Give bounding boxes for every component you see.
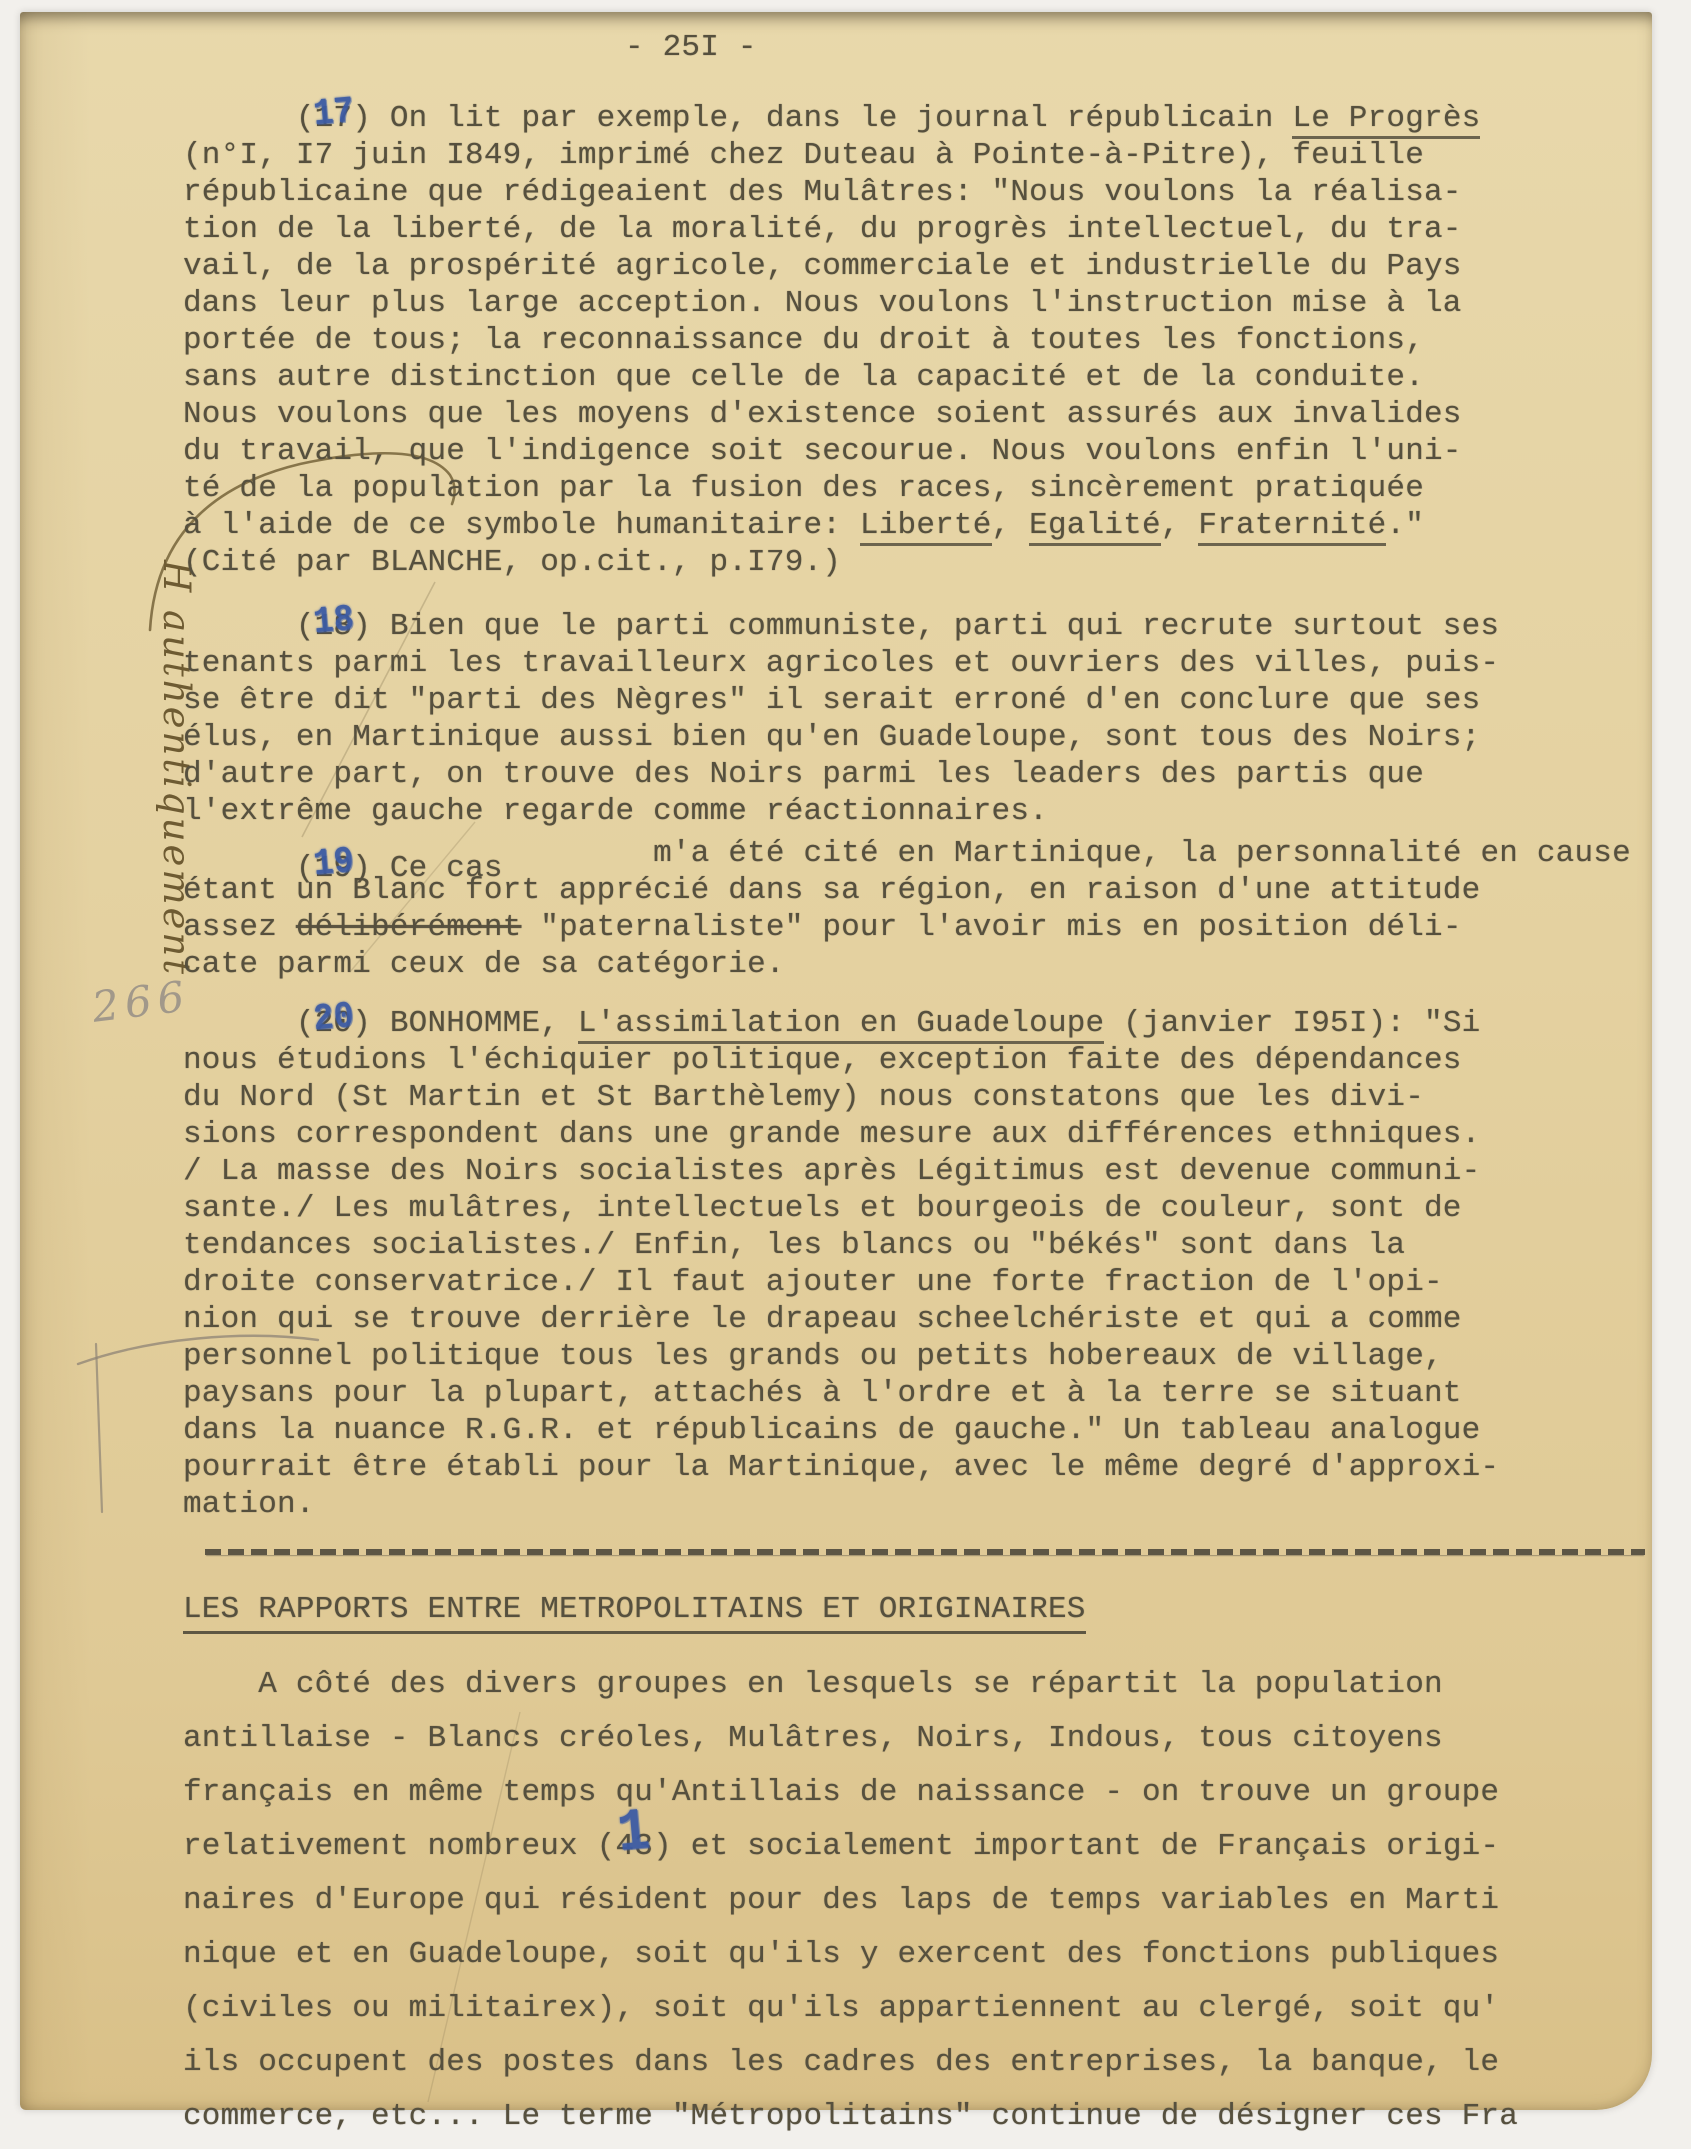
- typed-text: du travail, que l'indigence soit secouru…: [183, 434, 1462, 469]
- typed-text: .": [1386, 508, 1424, 543]
- typed-text: m'a été cité en Martinique, la personnal…: [503, 836, 1631, 871]
- typed-line: républicaine que rédigeaient des Mulâtre…: [183, 174, 1603, 211]
- typed-line: sans autre distinction que celle de la c…: [183, 359, 1603, 396]
- typed-text: assez: [183, 910, 296, 945]
- typed-text: naires d'Europe qui résident pour des la…: [183, 1883, 1499, 1918]
- typed-text: d'autre part, on trouve des Noirs parmi …: [183, 757, 1424, 792]
- typed-text: mation.: [183, 1487, 315, 1522]
- typed-text: personnel politique tous les grands ou p…: [183, 1339, 1443, 1374]
- typed-text: / La masse des Noirs socialistes après L…: [183, 1154, 1480, 1189]
- typed-text: (: [183, 101, 315, 136]
- typed-line: du Nord (St Martin et St Barthèlemy) nou…: [183, 1079, 1603, 1116]
- typed-text: délibérément: [296, 910, 522, 945]
- typed-text: (janvier I95I): "Si: [1104, 1006, 1480, 1041]
- typed-line: assez délibérément "paternaliste" pour l…: [183, 909, 1603, 946]
- typed-line: (2020) BONHOMME, L'assimilation en Guade…: [183, 1005, 1603, 1042]
- typed-text: français en même temps qu'Antillais de n…: [183, 1775, 1499, 1810]
- blue-ink-correction: 19: [311, 840, 355, 888]
- typed-text: élus, en Martinique aussi bien qu'en Gua…: [183, 720, 1480, 755]
- typed-text: tendances socialistes./ Enfin, les blanc…: [183, 1228, 1405, 1263]
- typed-text: nique et en Guadeloupe, soit qu'ils y ex…: [183, 1937, 1499, 1972]
- footnote-number-corrected: 1919: [315, 850, 353, 887]
- typed-text: Egalité: [1029, 508, 1161, 546]
- blue-ink-correction: 18: [311, 598, 355, 646]
- blue-ink-correction: 17: [311, 90, 355, 138]
- typed-line: / La masse des Noirs socialistes après L…: [183, 1153, 1603, 1190]
- typed-line: A côté des divers groupes en lesquels se…: [183, 1658, 1603, 1712]
- typed-text: ) On lit par exemple, dans le journal ré…: [352, 101, 1292, 136]
- typed-line: mation.: [183, 1486, 1603, 1523]
- typed-line: se être dit "parti des Nègres" il serait…: [183, 682, 1603, 719]
- typed-line: du travail, que l'indigence soit secouru…: [183, 433, 1603, 470]
- typed-line: vail, de la prospérité agricole, commerc…: [183, 248, 1603, 285]
- typed-text: (civiles ou militairex), soit qu'ils app…: [183, 1991, 1499, 2026]
- typed-text: ) Bien que le parti communiste, parti qu…: [352, 609, 1499, 644]
- section-heading-text: LES RAPPORTS ENTRE METROPOLITAINS ET ORI…: [183, 1592, 1086, 1634]
- typed-line: Nous voulons que les moyens d'existence …: [183, 396, 1603, 433]
- typed-text: Nous voulons que les moyens d'existence …: [183, 397, 1462, 432]
- footnote-18: (1818) Bien que le parti communiste, par…: [183, 608, 1603, 830]
- typed-line: français en même temps qu'Antillais de n…: [183, 1766, 1603, 1820]
- page-number: - 25I -: [625, 30, 925, 65]
- typed-text: droite conservatrice./ Il faut ajouter u…: [183, 1265, 1443, 1300]
- typed-line: (civiles ou militairex), soit qu'ils app…: [183, 1982, 1603, 2036]
- typed-text: commerce, etc... Le terme "Métropolitain…: [183, 2099, 1518, 2134]
- typed-text: ) Ce cas: [352, 850, 502, 887]
- footnote-number-corrected: 2020: [315, 1005, 353, 1042]
- typed-line: d'autre part, on trouve des Noirs parmi …: [183, 756, 1603, 793]
- typed-line: dans la nuance R.G.R. et républicains de…: [183, 1412, 1603, 1449]
- blue-ink-correction: 20: [311, 995, 355, 1043]
- typed-text: ) BONHOMME,: [352, 1006, 578, 1041]
- page-number-text: - 25I -: [625, 30, 757, 65]
- scanned-typescript-page: { "page": { "number_label": "- 25I -", "…: [0, 0, 1691, 2149]
- footnote-number-corrected: 431: [615, 1820, 653, 1874]
- typed-line: antillaise - Blancs créoles, Mulâtres, N…: [183, 1712, 1603, 1766]
- typed-line: (1818) Bien que le parti communiste, par…: [183, 608, 1603, 645]
- typed-line: tendances socialistes./ Enfin, les blanc…: [183, 1227, 1603, 1264]
- typed-text: ,: [992, 508, 1030, 543]
- typed-text: tenants parmi les travailleurx agricoles…: [183, 646, 1499, 681]
- typed-line: nion qui se trouve derrière le drapeau s…: [183, 1301, 1603, 1338]
- typed-text: du Nord (St Martin et St Barthèlemy) nou…: [183, 1080, 1424, 1115]
- typed-text: pourrait être établi pour la Martinique,…: [183, 1450, 1499, 1485]
- typed-text: Fraternité: [1198, 508, 1386, 546]
- typed-text: sante./ Les mulâtres, intellectuels et b…: [183, 1191, 1462, 1226]
- typed-text: paysans pour la plupart, attachés à l'or…: [183, 1376, 1462, 1411]
- typed-line: à l'aide de ce symbole humanitaire: Libe…: [183, 507, 1603, 544]
- typed-text: (: [183, 1006, 315, 1041]
- typed-line: nous étudions l'échiquier politique, exc…: [183, 1042, 1603, 1079]
- typed-line: paysans pour la plupart, attachés à l'or…: [183, 1375, 1603, 1412]
- typed-line: ils occupent des postes dans les cadres …: [183, 2036, 1603, 2090]
- typed-text: ils occupent des postes dans les cadres …: [183, 2045, 1499, 2080]
- typed-text: cate parmi ceux de sa catégorie.: [183, 947, 785, 982]
- typed-line: nique et en Guadeloupe, soit qu'ils y ex…: [183, 1928, 1603, 1982]
- typed-text: dans la nuance R.G.R. et républicains de…: [183, 1413, 1480, 1448]
- typed-text: portée de tous; la reconnaissance du dro…: [183, 323, 1424, 358]
- typed-line: pourrait être établi pour la Martinique,…: [183, 1449, 1603, 1486]
- typed-text: antillaise - Blancs créoles, Mulâtres, N…: [183, 1721, 1443, 1756]
- typed-line: relativement nombreux (431) et socialeme…: [183, 1820, 1603, 1874]
- pencil-bracket-side: [96, 1344, 102, 1512]
- typed-text: ) et socialement important de Français o…: [653, 1829, 1499, 1864]
- typed-text: Le Progrès: [1292, 101, 1480, 139]
- paper-sheet: H authentiquement 266 - 25I - (1717) On …: [20, 12, 1652, 2110]
- typed-text: sions correspondent dans une grande mesu…: [183, 1117, 1480, 1152]
- typed-line: cate parmi ceux de sa catégorie.: [183, 946, 1603, 983]
- typed-text: L'assimilation en Guadeloupe: [578, 1006, 1105, 1044]
- typed-text: té de la population par la fusion des ra…: [183, 471, 1424, 506]
- footnote-17: (1717) On lit par exemple, dans le journ…: [183, 100, 1603, 581]
- typed-text: se être dit "parti des Nègres" il serait…: [183, 683, 1480, 718]
- typed-text: (: [296, 850, 315, 887]
- typed-text: à l'aide de ce symbole humanitaire:: [183, 508, 860, 543]
- typed-line: naires d'Europe qui résident pour des la…: [183, 1874, 1603, 1928]
- typed-text: relativement nombreux (: [183, 1829, 615, 1864]
- typed-text: républicaine que rédigeaient des Mulâtre…: [183, 175, 1462, 210]
- typed-line: sions correspondent dans une grande mesu…: [183, 1116, 1603, 1153]
- typed-line: commerce, etc... Le terme "Métropolitain…: [183, 2090, 1603, 2144]
- typed-text: tion de la liberté, de la moralité, du p…: [183, 212, 1462, 247]
- typed-line: sante./ Les mulâtres, intellectuels et b…: [183, 1190, 1603, 1227]
- typed-text: l'extrême gauche regarde comme réactionn…: [183, 794, 1048, 829]
- typed-text: sans autre distinction que celle de la c…: [183, 360, 1424, 395]
- typed-text: (n°I, I7 juin I849, imprimé chez Duteau …: [183, 138, 1424, 173]
- typed-line: (1717) On lit par exemple, dans le journ…: [183, 100, 1603, 137]
- typed-text: dans leur plus large acception. Nous vou…: [183, 286, 1462, 321]
- typed-text: ,: [1161, 508, 1199, 543]
- typed-line: droite conservatrice./ Il faut ajouter u…: [183, 1264, 1603, 1301]
- footnote-20: (2020) BONHOMME, L'assimilation en Guade…: [183, 1005, 1603, 1523]
- typed-text: (Cité par BLANCHE, op.cit., p.I79.): [183, 545, 841, 580]
- section-body: A côté des divers groupes en lesquels se…: [183, 1658, 1603, 2144]
- typed-line: té de la population par la fusion des ra…: [183, 470, 1603, 507]
- typed-text: Liberté: [860, 508, 992, 546]
- footnote-number-corrected: 1818: [315, 608, 353, 645]
- footnote-19: (1919) Ce cas m'a été cité en Martinique…: [183, 835, 1603, 983]
- typed-text: "paternaliste" pour l'avoir mis en posit…: [521, 910, 1461, 945]
- typed-line: portée de tous; la reconnaissance du dro…: [183, 322, 1603, 359]
- typed-text: vail, de la prospérité agricole, commerc…: [183, 249, 1462, 284]
- typed-line: (1919) Ce cas m'a été cité en Martinique…: [183, 835, 1603, 872]
- typed-line: l'extrême gauche regarde comme réactionn…: [183, 793, 1603, 830]
- typed-text: [183, 836, 296, 871]
- typed-line: tenants parmi les travailleurx agricoles…: [183, 645, 1603, 682]
- typed-line: élus, en Martinique aussi bien qu'en Gua…: [183, 719, 1603, 756]
- typed-text: A côté des divers groupes en lesquels se…: [183, 1667, 1443, 1702]
- typed-line: tion de la liberté, de la moralité, du p…: [183, 211, 1603, 248]
- typed-line: dans leur plus large acception. Nous vou…: [183, 285, 1603, 322]
- typed-text: nous étudions l'échiquier politique, exc…: [183, 1043, 1462, 1078]
- footnote-number-corrected: 1717: [315, 100, 353, 137]
- typed-line: personnel politique tous les grands ou p…: [183, 1338, 1603, 1375]
- typed-text: nion qui se trouve derrière le drapeau s…: [183, 1302, 1462, 1337]
- typed-text: (: [183, 609, 315, 644]
- typed-divider-rule: [205, 1549, 1645, 1555]
- section-heading: LES RAPPORTS ENTRE METROPOLITAINS ET ORI…: [183, 1592, 1603, 1627]
- typed-line: (n°I, I7 juin I849, imprimé chez Duteau …: [183, 137, 1603, 174]
- typed-line: (Cité par BLANCHE, op.cit., p.I79.): [183, 544, 1603, 581]
